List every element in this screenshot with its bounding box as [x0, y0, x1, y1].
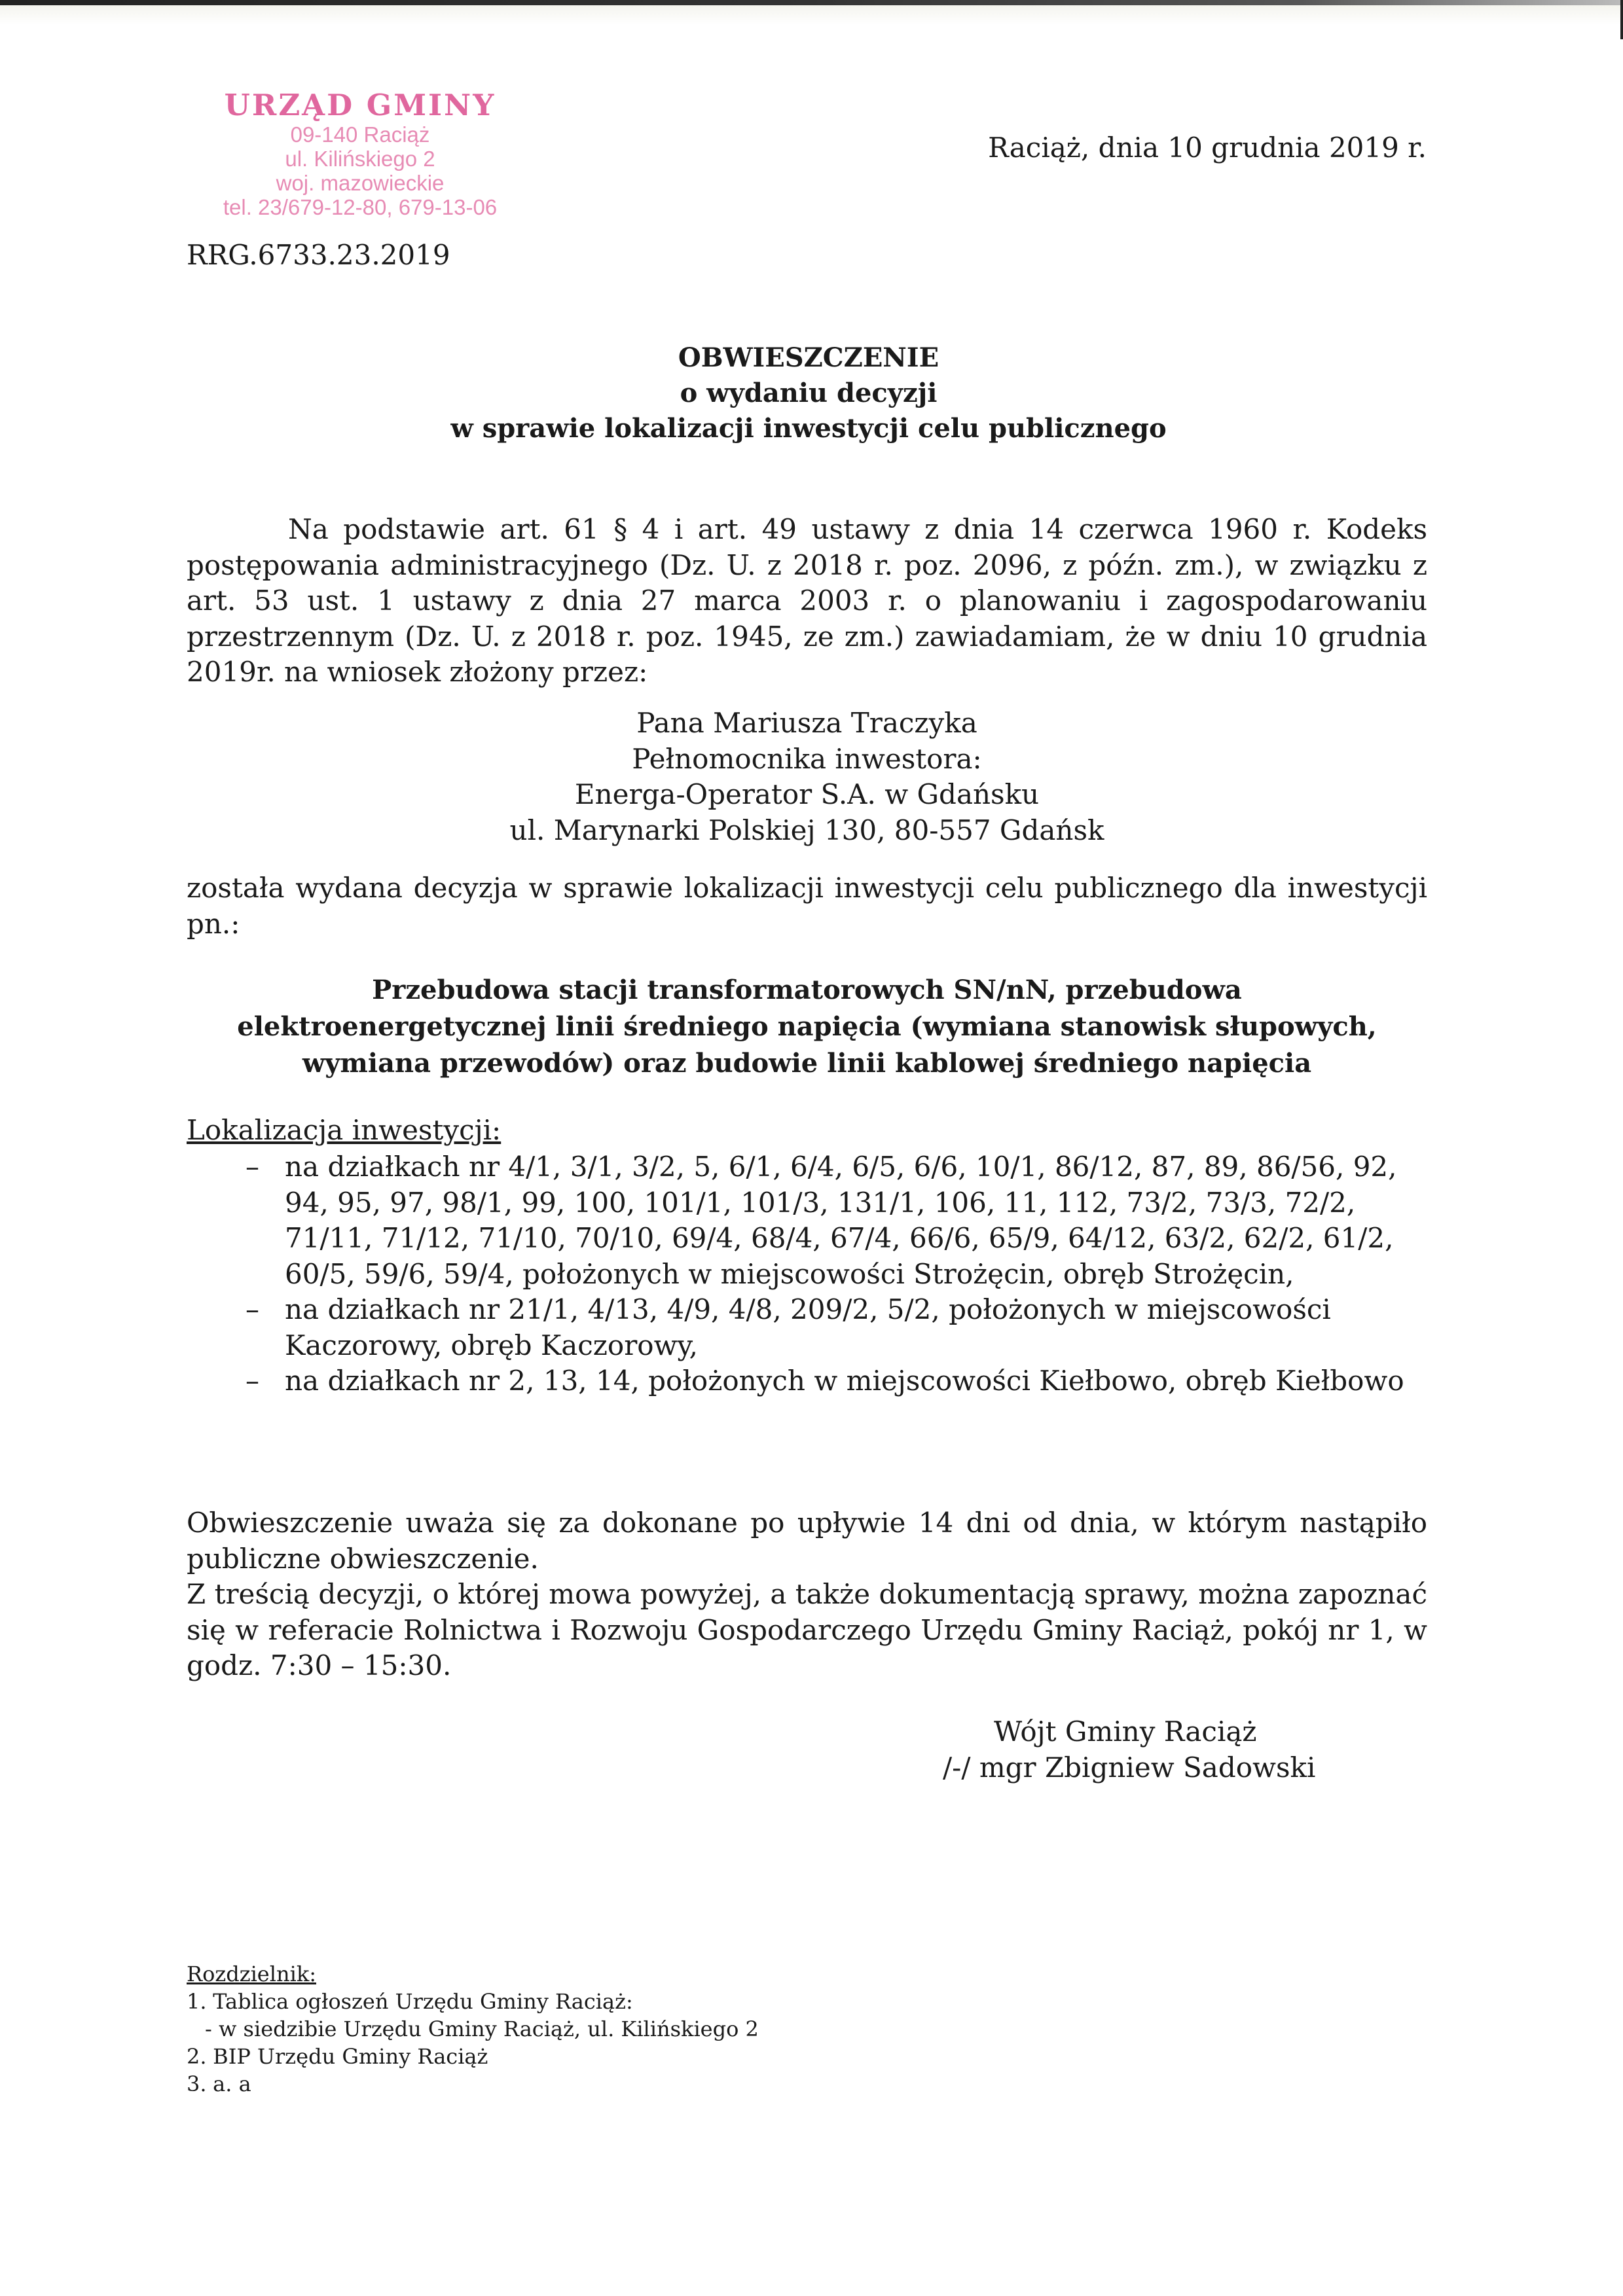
- project-line: Przebudowa stacji transformatorowych SN/…: [187, 972, 1427, 1009]
- title-line: o wydaniu decyzji: [187, 376, 1431, 411]
- scan-edge-right: [1620, 0, 1623, 39]
- location-text: na działkach nr 4/1, 3/1, 3/2, 5, 6/1, 6…: [285, 1151, 1397, 1290]
- stamp-line: woj. mazowieckie: [196, 171, 524, 195]
- location-heading: Lokalizacja inwestycji:: [187, 1113, 501, 1149]
- applicant-name: Pana Mariusza Traczyka: [187, 706, 1427, 742]
- project-line: elektroenergetycznej linii średniego nap…: [187, 1009, 1427, 1045]
- applicant-block: Pana Mariusza Traczyka Pełnomocnika inwe…: [187, 706, 1427, 848]
- scan-shadow: [0, 5, 1623, 25]
- closing-paragraph-1: Obwieszczenie uważa się za dokonane po u…: [187, 1505, 1427, 1577]
- closing-paragraph-2: Z treścią decyzji, o której mowa powyżej…: [187, 1577, 1427, 1684]
- item-subtext: - w siedzibie Urzędu Gminy Raciąż, ul. K…: [187, 2015, 759, 2043]
- dash-bullet: –: [246, 1363, 259, 1399]
- distribution-item: 3. a. a: [187, 2070, 759, 2098]
- distribution-items: 1. Tablica ogłoszeń Urzędu Gminy Raciąż:…: [187, 1988, 759, 2098]
- reference-number: RRG.6733.23.2019: [187, 237, 450, 274]
- decision-paragraph: została wydana decyzja w sprawie lokaliz…: [187, 870, 1427, 942]
- title-line: OBWIESZCZENIE: [187, 340, 1431, 376]
- item-number: 1.: [187, 1988, 206, 2015]
- stamp-line: ul. Kilińskiego 2: [196, 147, 524, 171]
- intro-paragraph: Na podstawie art. 61 § 4 i art. 49 ustaw…: [187, 512, 1427, 691]
- location-item: – na działkach nr 2, 13, 14, położonych …: [187, 1363, 1431, 1399]
- stamp-line: 09-140 Raciąż: [196, 122, 524, 147]
- location-item: – na działkach nr 4/1, 3/1, 3/2, 5, 6/1,…: [187, 1149, 1431, 1292]
- stamp-line: tel. 23/679-12-80, 679-13-06: [196, 195, 524, 219]
- signatory-title: Wójt Gminy Raciąż: [943, 1713, 1315, 1749]
- document-title: OBWIESZCZENIE o wydaniu decyzji w sprawi…: [187, 340, 1431, 446]
- location-text: na działkach nr 2, 13, 14, położonych w …: [285, 1365, 1404, 1397]
- distribution-list: Rozdzielnik: 1. Tablica ogłoszeń Urzędu …: [187, 1960, 759, 2098]
- signature-block: Wójt Gminy Raciąż /-/ mgr Zbigniew Sadow…: [943, 1713, 1315, 1785]
- dash-bullet: –: [246, 1292, 259, 1328]
- item-text: Tablica ogłoszeń Urzędu Gminy Raciąż:: [213, 1989, 633, 2014]
- distribution-item: 1. Tablica ogłoszeń Urzędu Gminy Raciąż:…: [187, 1988, 759, 2043]
- office-stamp: URZĄD GMINY 09-140 Raciąż ul. Kilińskieg…: [196, 88, 524, 219]
- item-text: a. a: [213, 2072, 251, 2096]
- distribution-item: 2. BIP Urzędu Gminy Raciąż: [187, 2043, 759, 2070]
- item-number: 2.: [187, 2043, 206, 2070]
- investor-name: Energa-Operator S.A. w Gdańsku: [187, 777, 1427, 813]
- investor-address: ul. Marynarki Polskiej 130, 80-557 Gdańs…: [187, 813, 1427, 849]
- scan-edge-top: [0, 0, 1623, 5]
- title-line: w sprawie lokalizacji inwestycji celu pu…: [187, 411, 1431, 446]
- item-text: BIP Urzędu Gminy Raciąż: [213, 2044, 488, 2069]
- location-text: na działkach nr 21/1, 4/13, 4/9, 4/8, 20…: [285, 1293, 1331, 1361]
- project-line: wymiana przewodów) oraz budowie linii ka…: [187, 1045, 1427, 1082]
- signatory-name: /-/ mgr Zbigniew Sadowski: [943, 1749, 1315, 1785]
- dash-bullet: –: [246, 1149, 259, 1185]
- stamp-title: URZĄD GMINY: [196, 88, 524, 122]
- project-name: Przebudowa stacji transformatorowych SN/…: [187, 972, 1427, 1082]
- location-item: – na działkach nr 21/1, 4/13, 4/9, 4/8, …: [187, 1292, 1431, 1363]
- location-list: – na działkach nr 4/1, 3/1, 3/2, 5, 6/1,…: [187, 1149, 1431, 1399]
- distribution-heading: Rozdzielnik:: [187, 1960, 759, 1988]
- item-number: 3.: [187, 2070, 206, 2098]
- place-date: Raciąż, dnia 10 grudnia 2019 r.: [988, 130, 1427, 166]
- applicant-role: Pełnomocnika inwestora:: [187, 742, 1427, 778]
